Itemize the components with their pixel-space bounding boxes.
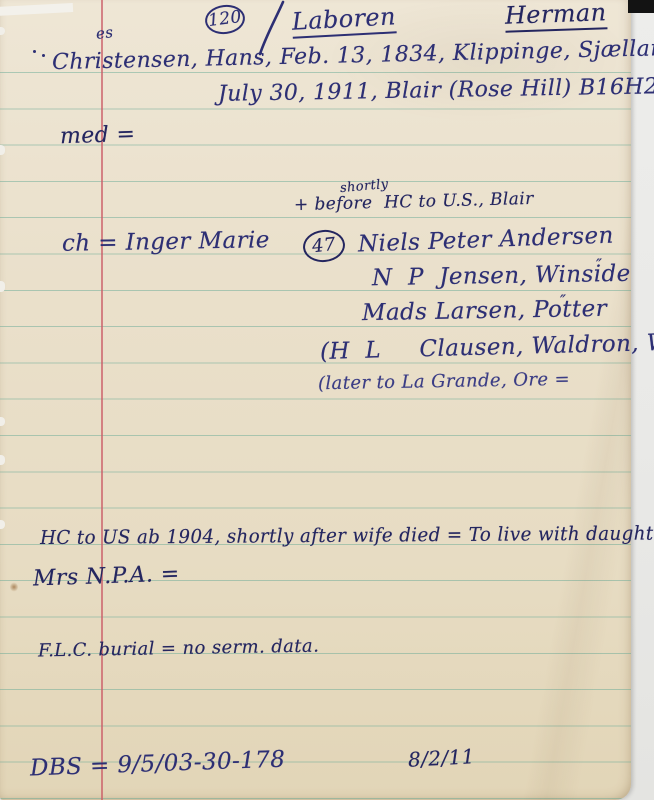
ditto-mark: ″ [560,292,566,310]
occupation-heading: Laboren [291,3,396,39]
husband-name-2: N P Jensen, Winside [372,262,631,292]
ink-dots [33,50,36,53]
husband-name-3: Mads Larsen, Potter [362,297,607,327]
name-correction: es [95,24,114,42]
child-record-number: 47 [311,235,337,257]
ditto-mark: ″ [596,256,602,274]
scanned-document: 120 Laboren Herman es Christensen, Hans,… [0,0,654,800]
husband-4-note: (later to La Grande, Ore = [318,370,570,394]
biography-line-2: Mrs N.P.A. = [33,562,180,591]
notebook-page [0,0,631,800]
child-line: ch = Inger Marie [62,228,270,257]
biography-line-1: HC to US ab 1904, shortly after wife die… [40,523,654,548]
record-number: 120 [207,8,243,31]
ruled-lines [0,72,631,800]
red-margin-line [101,0,103,800]
entry-date: 8/2/11 [407,745,475,770]
med-label: med = [60,123,136,150]
paper-stain [10,582,18,592]
scan-corner-mark [628,0,654,13]
surname-heading: Herman [505,0,608,33]
